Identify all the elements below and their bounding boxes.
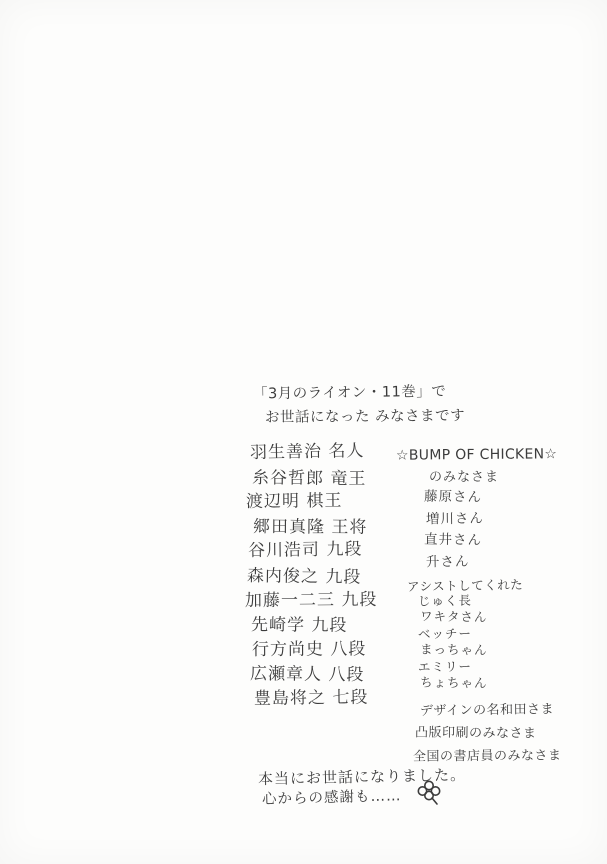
assistant: ワキタさん: [420, 609, 488, 626]
shogi-player: 渡辺明 棋王: [246, 489, 378, 515]
staff-entry: 凸版印刷のみなさま: [415, 721, 562, 745]
page-title: 「3月のライオン・11巻」で お世話になった みなさまです: [253, 381, 465, 426]
clover-doodle-icon: [416, 779, 442, 811]
band-title: ☆BUMP OF CHICKEN☆: [396, 446, 557, 463]
assistant: まっちゃん: [420, 642, 488, 659]
assistant-list: じゅく長 ワキタさん ベッチー まっちゃん エミリー ちょちゃん: [418, 593, 488, 691]
band-member: 増川さん: [426, 508, 484, 530]
shogi-player-list: 羽生善治 名人 糸谷哲郎 竜王 渡辺明 棋王 郷田真隆 王将 谷川浩司 九段 森…: [250, 441, 377, 712]
shogi-player: 加藤一二三 九段: [245, 587, 378, 613]
staff-entry: デザインの名和田さま: [420, 698, 562, 723]
closing-line-2: 心からの感謝も……: [262, 784, 402, 808]
shogi-player: 先崎学 九段: [251, 613, 378, 639]
band-member-list: 藤原さん 増川さん 直井さん 升さん: [424, 487, 484, 573]
shogi-player: 羽生善治 名人: [250, 439, 378, 466]
assistant: じゅく長: [418, 593, 488, 610]
shogi-player: 広瀬章人 八段: [250, 662, 378, 688]
shogi-player: 森内俊之 九段: [247, 564, 378, 590]
shogi-player: 糸谷哲郎 竜王: [252, 466, 378, 492]
band-member: 升さん: [426, 551, 484, 573]
band-member: 藤原さん: [424, 487, 484, 509]
assistant: ベッチー: [418, 625, 488, 642]
acknowledgments-page: 「3月のライオン・11巻」で お世話になった みなさまです 羽生善治 名人 糸谷…: [0, 0, 607, 864]
assistant: エミリー: [418, 658, 488, 675]
shogi-player: 豊島将之 七段: [254, 685, 378, 711]
band-subtitle: のみなさま: [429, 466, 499, 485]
staff-list: デザインの名和田さま 凸版印刷のみなさま 全国の書店員のみなさま: [413, 699, 562, 768]
title-line-2: お世話になった みなさまです: [265, 404, 465, 427]
shogi-player: 郷田真隆 王将: [253, 515, 378, 540]
assistant: ちょちゃん: [420, 675, 488, 692]
band-member: 直井さん: [424, 530, 484, 552]
shogi-player: 行方尚史 八段: [252, 637, 378, 662]
shogi-player: 谷川浩司 九段: [248, 538, 378, 564]
title-line-1: 「3月のライオン・11巻」で: [253, 380, 465, 404]
